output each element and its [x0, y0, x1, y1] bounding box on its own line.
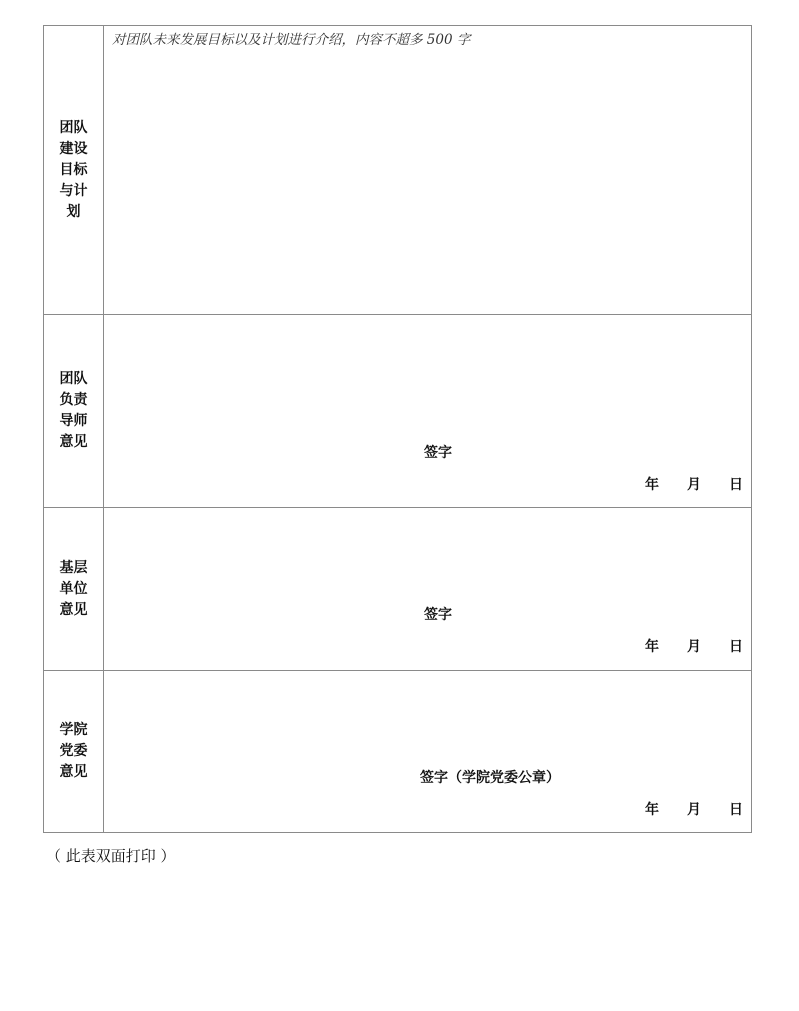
row-label: 团队负责导师意见 [59, 369, 89, 453]
advisor-opinion-area[interactable]: 签字 年 月 日 [104, 315, 751, 507]
signature-label: 签字（学院党委公章） [420, 767, 560, 787]
year-label: 年 [645, 636, 659, 656]
party-committee-opinion-area[interactable]: 签字（学院党委公章） 年 月 日 [104, 671, 751, 832]
date-line: 年 月 日 [645, 474, 743, 494]
date-line: 年 月 日 [645, 636, 743, 656]
year-label: 年 [645, 799, 659, 819]
day-label: 日 [729, 474, 743, 494]
team-goals-input-area[interactable]: 对团队未来发展目标以及计划进行介绍，内容不超多 500 字 [104, 26, 751, 314]
row-label: 学院党委意见 [58, 720, 90, 783]
row-label: 团队建设目标与计划 [59, 118, 89, 223]
unit-opinion-area[interactable]: 签字 年 月 日 [104, 508, 751, 670]
row-party-committee-opinion: 学院党委意见 签字（学院党委公章） 年 月 日 [44, 670, 751, 832]
row-label: 基层单位意见 [59, 558, 89, 621]
year-label: 年 [645, 474, 659, 494]
month-label: 月 [687, 636, 701, 656]
row-unit-opinion: 基层单位意见 签字 年 月 日 [44, 507, 751, 670]
label-cell: 团队负责导师意见 [44, 315, 104, 507]
day-label: 日 [729, 799, 743, 819]
day-label: 日 [729, 636, 743, 656]
signature-label: 签字 [424, 604, 452, 624]
date-line: 年 月 日 [645, 799, 743, 819]
label-cell: 学院党委意见 [44, 671, 104, 832]
signature-label: 签字 [424, 442, 452, 462]
approval-form-table: 团队建设目标与计划 对团队未来发展目标以及计划进行介绍，内容不超多 500 字 … [43, 25, 752, 833]
label-cell: 团队建设目标与计划 [44, 26, 104, 314]
row-advisor-opinion: 团队负责导师意见 签字 年 月 日 [44, 314, 751, 507]
row-team-goals: 团队建设目标与计划 对团队未来发展目标以及计划进行介绍，内容不超多 500 字 [44, 26, 751, 314]
print-note: （ 此表双面打印 ） [46, 845, 176, 866]
month-label: 月 [687, 474, 701, 494]
instruction-text: 对团队未来发展目标以及计划进行介绍，内容不超多 500 字 [112, 28, 470, 48]
label-cell: 基层单位意见 [44, 508, 104, 670]
month-label: 月 [687, 799, 701, 819]
